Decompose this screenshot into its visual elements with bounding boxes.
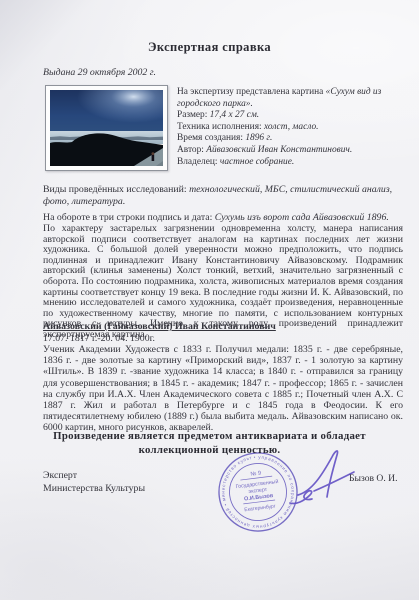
research-label: Виды проведённых исследований: <box>43 184 187 195</box>
stamp-number: № 9 <box>250 471 261 478</box>
painting-info-line: Техника исполнения: холст, масло. <box>177 122 405 134</box>
inscription-line: На обороте в три строки подпись и дата: … <box>43 212 403 223</box>
painting-info-block: На экспертизу представлена картина «Суху… <box>177 87 405 168</box>
size-value: 17,4 х 27 см. <box>210 110 259 120</box>
owner-value: частное собрание. <box>220 157 294 167</box>
owner-label: Владелец: <box>177 157 218 167</box>
author-label: Автор: <box>177 145 204 155</box>
biography-heading: Айвазовский (Гайвазовский) Иван Констант… <box>43 321 403 332</box>
issue-date-line: Выдана 29 октября 2002 г. <box>43 67 156 78</box>
research-types-line: Виды проведённых исследований: технологи… <box>43 184 395 207</box>
painting-info-line: На экспертизу представлена картина «Суху… <box>177 87 405 110</box>
painting-info-line: Время создания: 1896 г. <box>177 133 405 145</box>
figure-on-path <box>152 152 155 161</box>
painting-info-line: Размер: 17,4 х 27 см. <box>177 110 405 122</box>
inscription-value: Сухумь изъ ворот сада Айвазовский 1896. <box>215 212 389 223</box>
author-value: Айвазовский Иван Константинович. <box>206 145 352 155</box>
biography-paragraph: Ученик Академии Художеств с 1833 г. Полу… <box>43 344 403 434</box>
expert-signature-block: Эксперт Министерства Культуры <box>43 470 145 495</box>
inscription-label: На обороте в три строки подпись и дата: <box>43 212 212 223</box>
signature-cross-stroke <box>314 472 354 491</box>
creation-date-value: 1896 г. <box>245 133 272 143</box>
expert-certificate-page: Экспертная справка Выдана 29 октября 200… <box>0 0 419 600</box>
signature-printed-name: Бызов О. И. <box>349 473 397 484</box>
size-label: Размер: <box>177 110 207 120</box>
expert-title-line1: Эксперт <box>43 470 145 483</box>
stamp-city: Екатеринбург <box>244 503 276 513</box>
painting-image <box>50 90 163 166</box>
technique-label: Техника исполнения: <box>177 122 262 132</box>
creation-date-label: Время создания: <box>177 133 243 143</box>
expert-title-line2: Министерства Культуры <box>43 483 145 496</box>
painting-intro-label: На экспертизу представлена картина <box>177 87 323 97</box>
painting-info-line: Владелец: частное собрание. <box>177 157 405 169</box>
document-title: Экспертная справка <box>0 40 419 55</box>
technique-value: холст, масло. <box>264 122 319 132</box>
biography-dates: 17.07. 1817 г.-20. 04. 1900г. <box>43 333 155 344</box>
painting-photo <box>45 85 168 171</box>
signature-loop-stroke <box>290 491 312 504</box>
painting-info-line: Автор: Айвазовский Иван Константинович. <box>177 145 405 157</box>
